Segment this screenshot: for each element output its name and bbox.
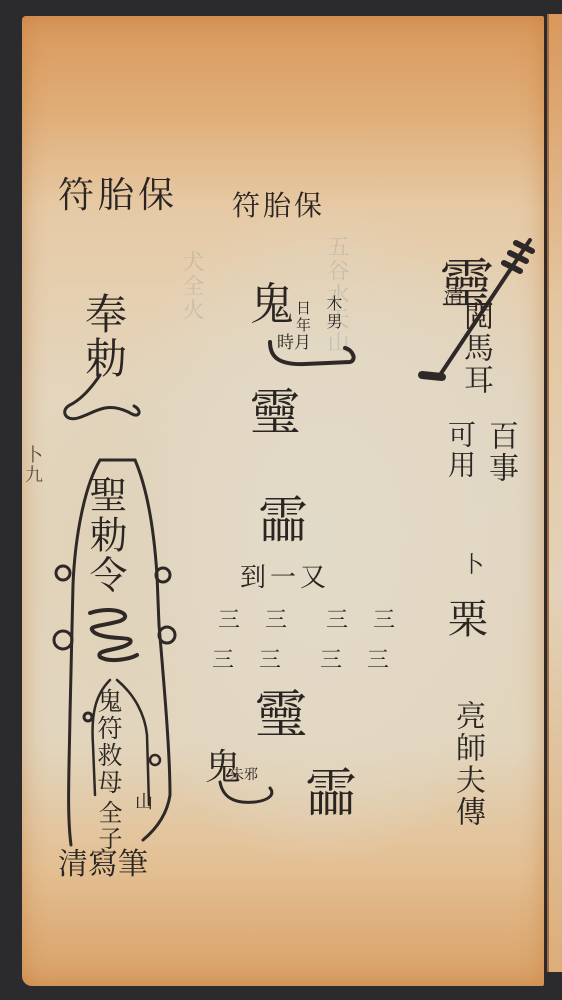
row3-cell: 三: [367, 648, 389, 673]
row3-cell: 三: [259, 648, 281, 673]
middle-row-2: 三 三 三 三: [218, 610, 395, 632]
title-small-text: 保胎符: [232, 189, 325, 222]
row3-cell: 三: [212, 648, 234, 673]
middle-glyph-1-annot-left: 日年: [295, 300, 310, 334]
middle-glyph-1-annot-right: 木男: [325, 295, 341, 331]
spiral-scroll-icon: [75, 605, 155, 665]
right-label-usable: 可用: [446, 420, 474, 480]
middle-glyph-2: 𩆜: [250, 388, 300, 438]
title-large: 保胎符: [58, 178, 178, 214]
right-label-all-matters: 百事: [485, 420, 515, 484]
hook-stroke-icon: [265, 340, 365, 370]
adjacent-page-edge: [547, 14, 562, 972]
bleed-through-text: 犬全火: [180, 250, 202, 322]
footer-text: 清寫筆: [58, 847, 148, 882]
middle-glyph-6: 霝: [305, 768, 357, 820]
row2-cell: 三: [326, 608, 348, 633]
hook-stroke-icon: [215, 780, 285, 810]
row2-cell: 三: [265, 608, 287, 633]
margin-mark: 卜九: [23, 445, 41, 485]
left-talisman-inner-lower: 鬼符救母: [96, 688, 121, 796]
row3-cell: 三: [320, 648, 342, 673]
middle-row-1: 到一又: [240, 565, 330, 591]
row2-cell: 三: [218, 608, 240, 633]
right-glyph-small: 卜: [462, 555, 484, 577]
row2-cell: 三: [373, 608, 395, 633]
left-talisman-inner-top: 聖勅令: [86, 475, 124, 595]
right-attribution: 亮師夫傳: [452, 700, 482, 828]
middle-glyph-4: 𩆜: [255, 690, 307, 742]
middle-glyph-3: 霝: [258, 495, 308, 545]
left-talisman-footer: 清寫筆: [58, 850, 148, 880]
left-talisman-inner-side: 山: [133, 792, 151, 812]
left-talisman-top-label: 奉勅: [82, 292, 124, 380]
loop-flourish-icon: [60, 370, 150, 430]
middle-row-3: 三 三 三 三: [212, 650, 389, 672]
title-small: 保胎符: [232, 192, 325, 220]
title-large-text: 保胎符: [58, 175, 178, 216]
right-annot-mid: 閲馬耳: [460, 300, 490, 396]
left-talisman-inner-bottom: 全子: [96, 800, 120, 852]
middle-glyph-1-base: 鬼: [250, 283, 294, 327]
right-glyph-char: 栗: [448, 600, 488, 640]
